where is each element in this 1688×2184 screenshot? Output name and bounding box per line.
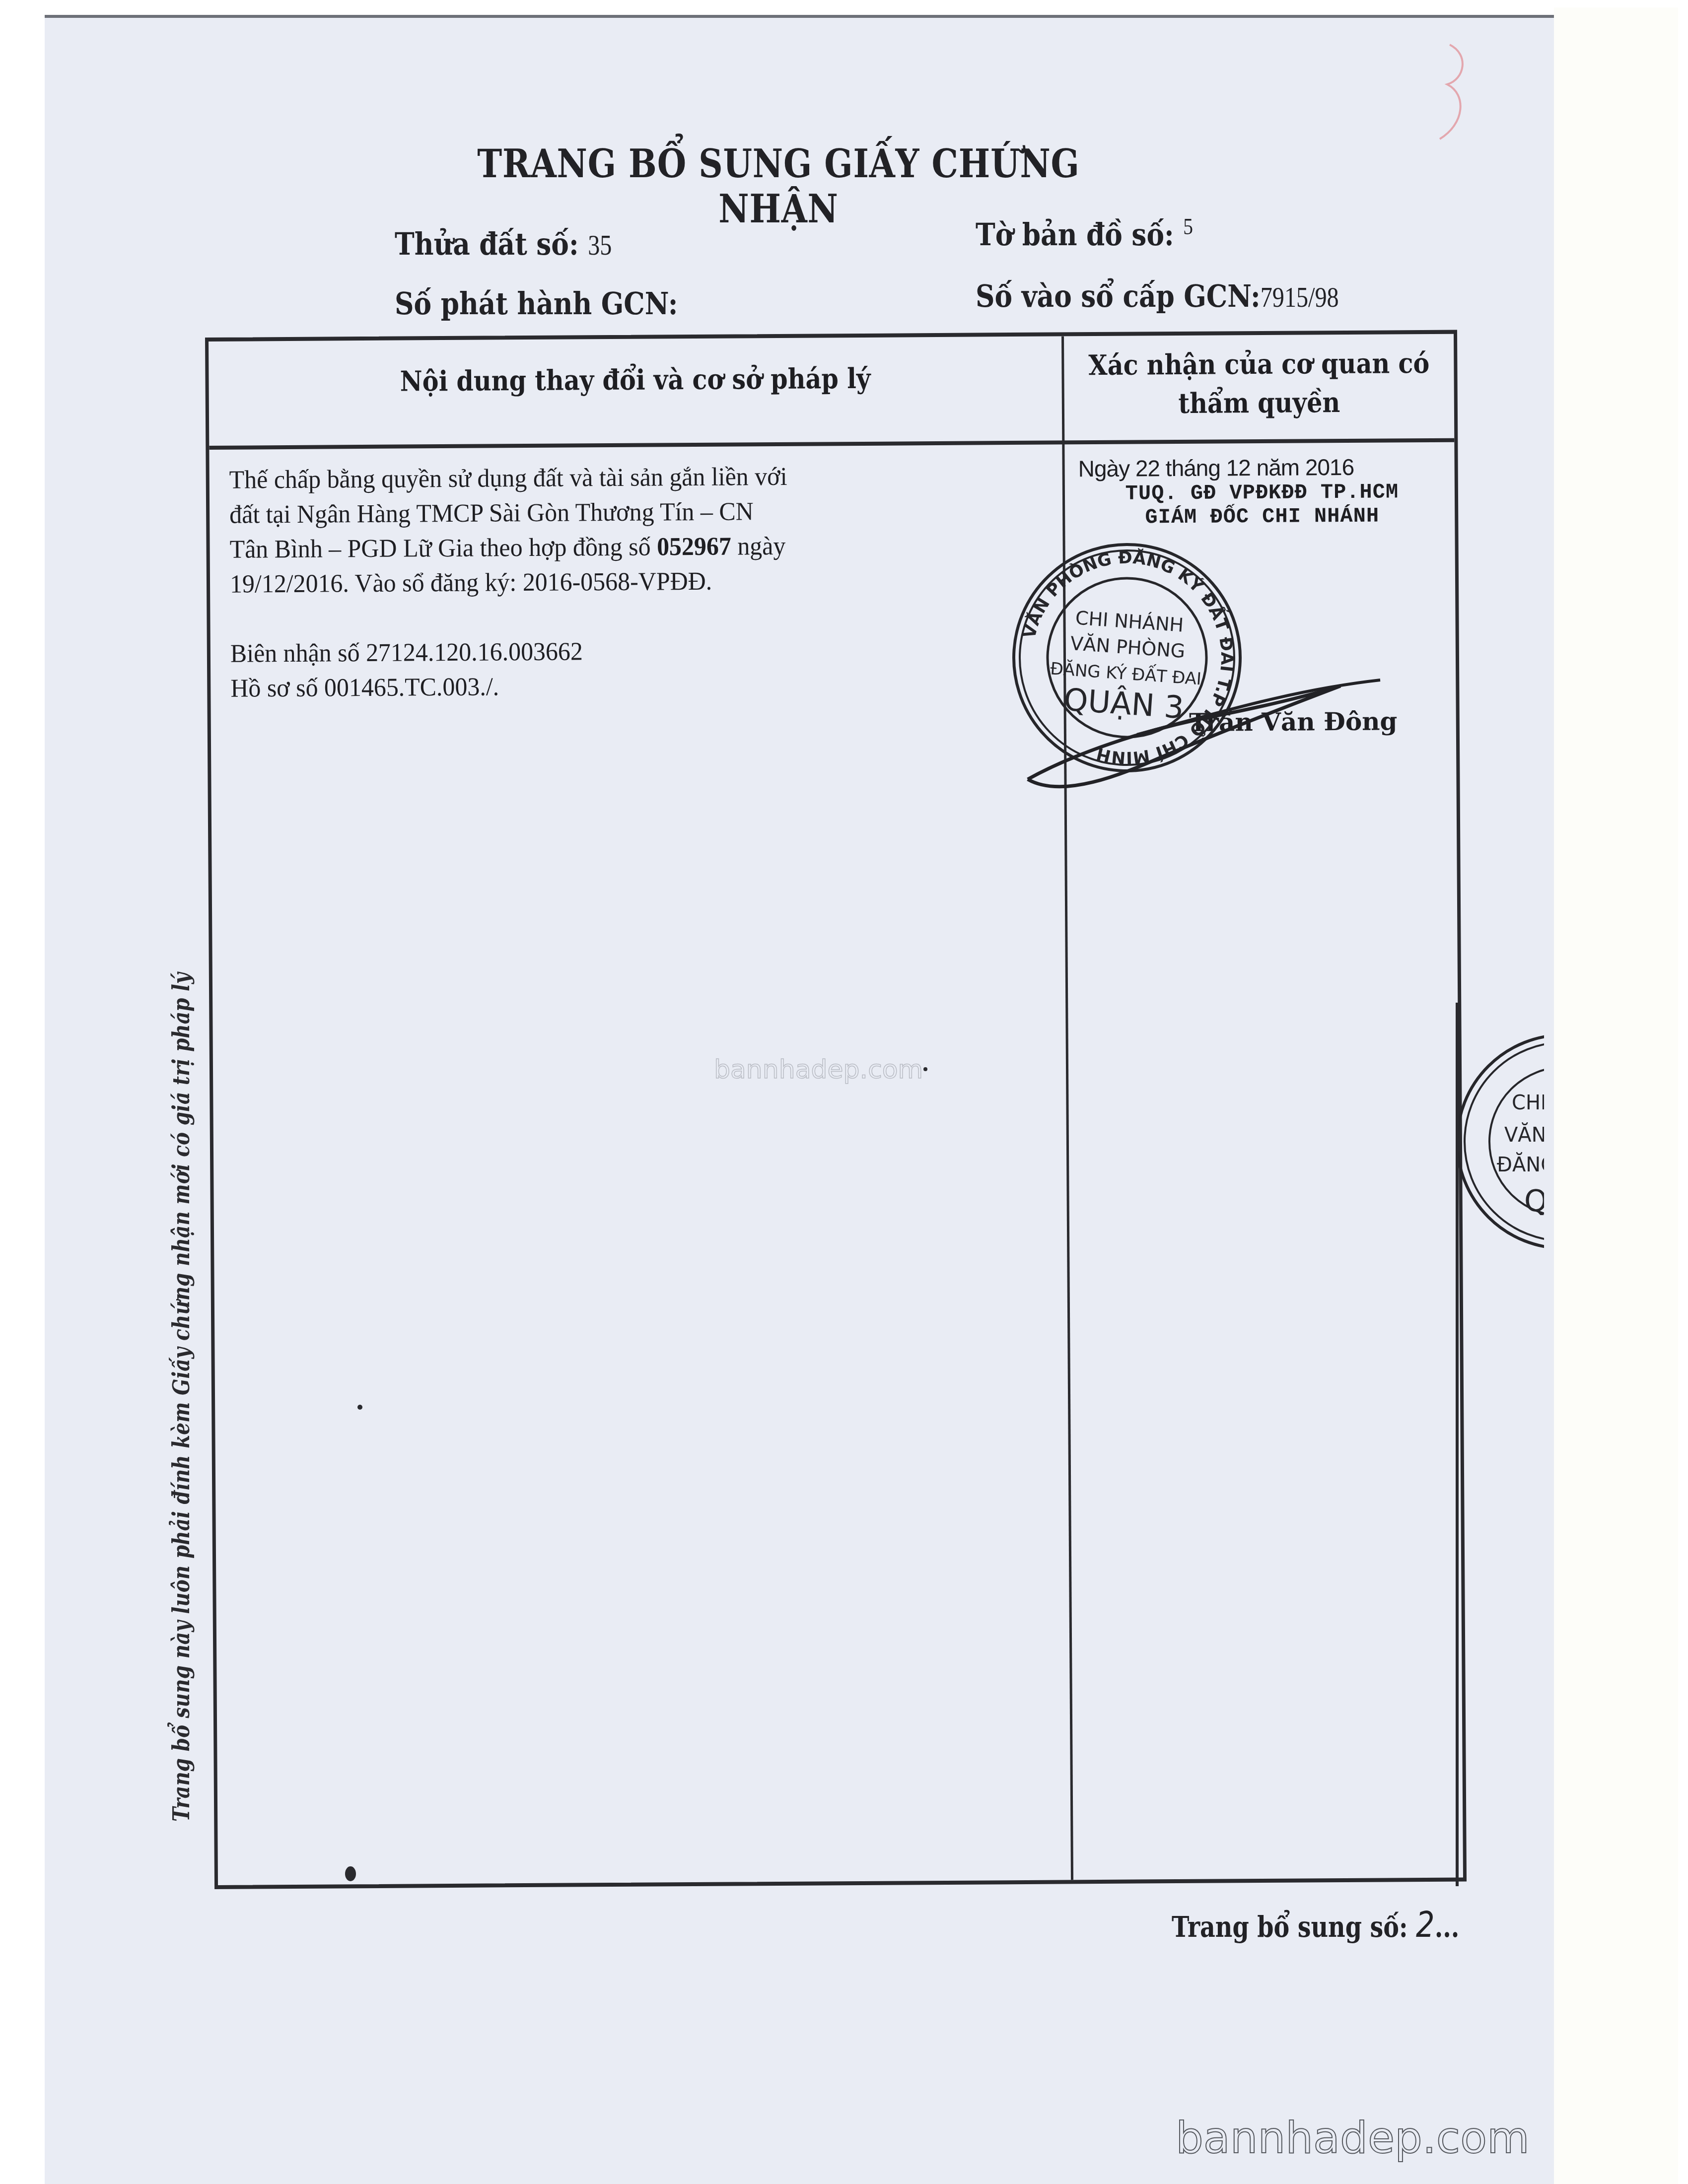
signer-title: GIÁM ĐỐC CHI NHÁNH [1073, 504, 1451, 530]
header-divider [209, 438, 1454, 450]
signing-authority: TUQ. GĐ VPĐKĐĐ TP.HCM [1073, 480, 1451, 506]
header-confirmation-line1: Xác nhận của cơ quan có [1087, 344, 1430, 385]
svg-text:Q: Q [1524, 1184, 1544, 1219]
content-text: ngày [731, 532, 786, 561]
watermark-bottom: bannhadep.com [1176, 2112, 1530, 2163]
svg-text:CHI: CHI [1512, 1092, 1544, 1114]
content-text: Tân Bình – PGD Lữ Gia theo hợp đồng số [229, 533, 657, 563]
page-number-value: 2 [1416, 1904, 1435, 1945]
parcel-number-value: 35 [588, 230, 612, 261]
dossier-number: Hồ sơ số 001465.TC.003./. [230, 667, 1017, 706]
partial-seal-icon: CHI VĂN ĐĂNG Q [1445, 1023, 1544, 1256]
ink-speck [923, 1067, 927, 1071]
map-sheet-number: Tờ bản đồ số: 5 [976, 213, 1193, 253]
receipt-number: Biên nhận số 27124.120.16.003662 [230, 632, 1017, 672]
scan-margin [1554, 7, 1678, 2184]
table-right-border [1456, 1003, 1459, 1886]
contract-number: 052967 [657, 533, 731, 561]
supplement-page-number: Trang bổ sung số: 2... [1172, 1904, 1459, 1945]
validity-note: Trang bổ sung này luôn phải đính kèm Giấ… [168, 1126, 195, 1822]
map-sheet-label: Tờ bản đồ số: [976, 216, 1174, 253]
certificate-issue-label: Số phát hành GCN: [395, 285, 678, 322]
svg-text:ĐĂNG: ĐĂNG [1497, 1152, 1544, 1176]
map-sheet-value: 5 [1183, 214, 1193, 239]
parcel-number: Thửa đất số: 35 [395, 226, 612, 262]
header-confirmation-line2: thẩm quyền [1088, 383, 1431, 423]
change-content: Thế chấp bằng quyền sử dụng đất và tài s… [229, 458, 1017, 706]
signature-icon [1013, 655, 1410, 804]
pencil-mark [1420, 40, 1479, 149]
registry-entry-value: 7915/98 [1261, 282, 1339, 313]
header-changes: Nội dung thay đổi và cơ sở pháp lý [260, 361, 1010, 399]
page-number-label: Trang bổ sung số: [1172, 1910, 1408, 1944]
changes-table: Nội dung thay đổi và cơ sở pháp lý Xác n… [205, 330, 1467, 1889]
content-line: Thế chấp bằng quyền sử dụng đất và tài s… [229, 458, 1016, 498]
registry-entry-number: Số vào sổ cấp GCN:7915/98 [976, 278, 1339, 314]
ink-speck [345, 1866, 356, 1881]
parcel-number-label: Thửa đất số: [395, 226, 579, 262]
registry-entry-label: Số vào sổ cấp GCN: [976, 278, 1261, 314]
svg-text:VĂN: VĂN [1504, 1122, 1544, 1147]
header-confirmation: Xác nhận của cơ quan có thẩm quyền [1087, 344, 1431, 423]
watermark-center: bannhadep.com [714, 1055, 923, 1085]
content-line: 19/12/2016. Vào sổ đăng ký: 2016-0568-VP… [230, 562, 1016, 602]
certificate-issue-number: Số phát hành GCN: [395, 285, 678, 322]
svg-text:CHI NHÁNH: CHI NHÁNH [1075, 607, 1185, 636]
confirmation-date: Ngày 22 tháng 12 năm 2016 [1073, 453, 1450, 482]
content-line: Tân Bình – PGD Lữ Gia theo hợp đồng số 0… [229, 528, 1016, 567]
ink-speck [357, 1405, 362, 1410]
content-line: đất tại Ngân Hàng TMCP Sài Gòn Thương Tí… [229, 493, 1016, 533]
